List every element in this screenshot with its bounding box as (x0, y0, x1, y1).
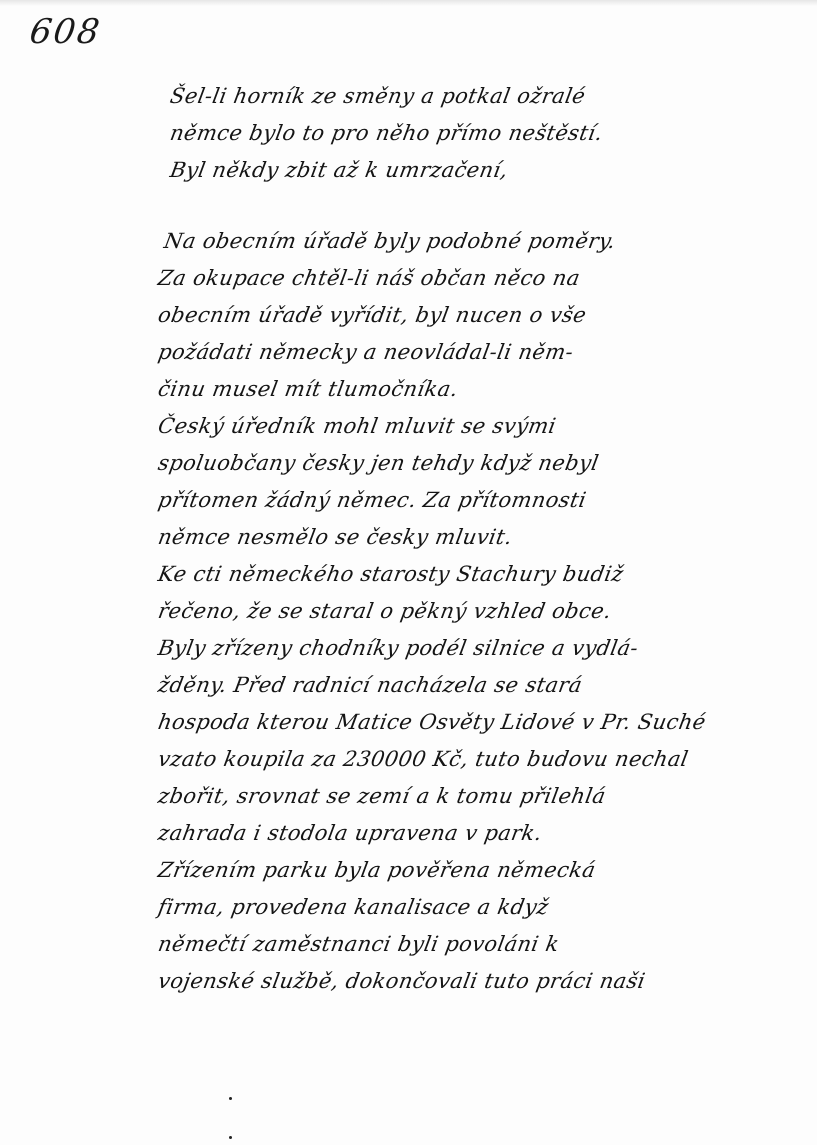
text-line: žděny. Před radnicí nacházela se stará (155, 667, 762, 704)
text-line: hospoda kterou Matice Osvěty Lidové v Pr… (155, 704, 762, 741)
text-line: Byly zřízeny chodníky podél silnice a vy… (155, 630, 762, 667)
paragraph: Na obecním úřadě byly podobné poměry. Za… (155, 223, 755, 1000)
text-line: činu musel mít tlumočníka. (155, 371, 762, 408)
text-line: přítomen žádný němec. Za přítomnosti (155, 482, 762, 519)
text-line: řečeno, že se staral o pěkný vzhled obce… (155, 593, 762, 630)
page-number: 608 (27, 12, 104, 52)
paragraph: Šel-li horník ze směny a potkal ožralé n… (155, 78, 755, 189)
text-line: němce nesmělo se česky mluvit. (155, 519, 762, 556)
scan-edge-shadow (0, 0, 817, 6)
text-line: Šel-li horník ze směny a potkal ožralé (155, 78, 762, 115)
text-line: vzato koupila za 230000 Kč, tuto budovu … (155, 741, 762, 778)
text-line: zahrada i stodola upravena v park. (155, 815, 762, 852)
text-line: Ke cti německého starosty Stachury budiž (155, 556, 762, 593)
text-line: němečtí zaměstnanci byli povoláni k (155, 926, 762, 963)
scan-speck (229, 1136, 232, 1139)
text-line: vojenské službě, dokončovali tuto práci … (155, 963, 762, 1000)
text-line: spoluobčany česky jen tehdy když nebyl (155, 445, 762, 482)
text-line: Zřízením parku byla pověřena německá (155, 852, 762, 889)
text-line: Český úředník mohl mluvit se svými (155, 408, 762, 445)
text-line: Za okupace chtěl-li náš občan něco na (155, 260, 762, 297)
text-line: obecním úřadě vyřídit, byl nucen o vše (155, 297, 762, 334)
scan-speck (229, 1097, 232, 1100)
text-line: požádati německy a neovládal-li něm- (155, 334, 762, 371)
handwritten-text: Šel-li horník ze směny a potkal ožralé n… (155, 78, 755, 1034)
text-line: Na obecním úřadě byly podobné poměry. (155, 223, 762, 260)
text-line: firma, provedena kanalisace a když (155, 889, 762, 926)
text-line: zbořit, srovnat se zemí a k tomu přilehl… (155, 778, 762, 815)
text-line: Byl někdy zbit až k umrzačení, (155, 152, 762, 189)
text-line: němce bylo to pro něho přímo neštěstí. (155, 115, 762, 152)
